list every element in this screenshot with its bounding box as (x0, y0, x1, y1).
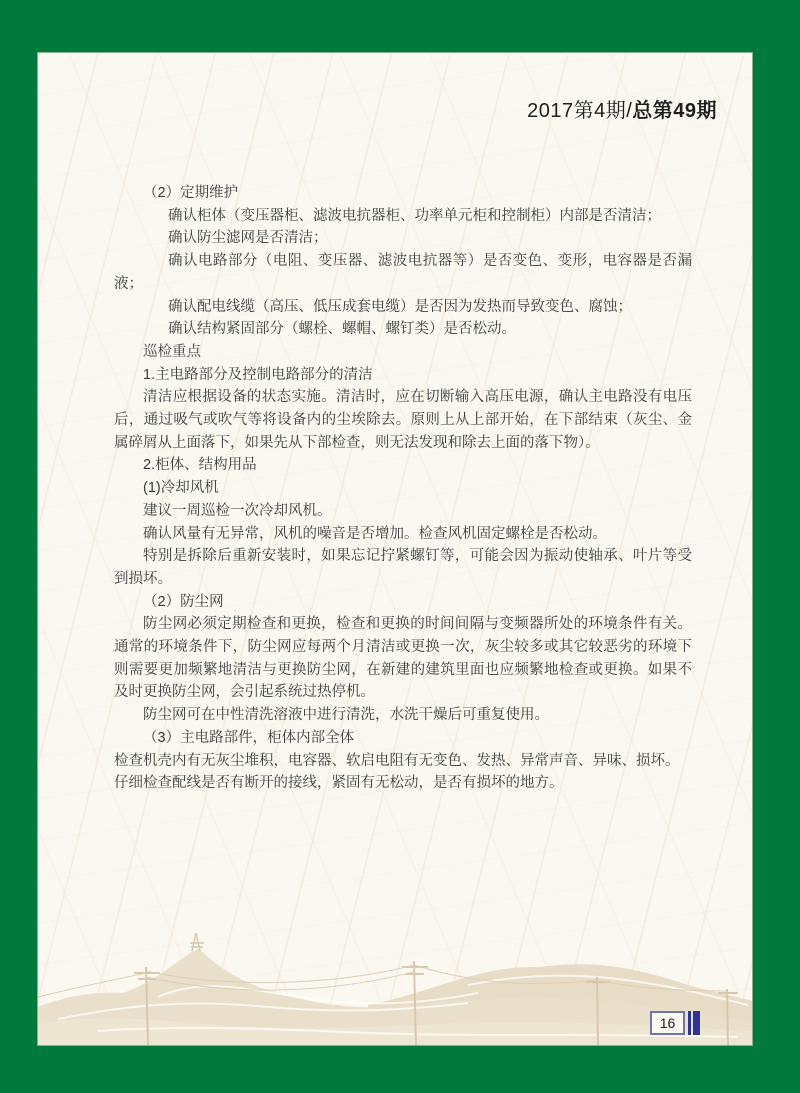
magazine-spread: { "header": { "issue_prefix": "2017第4期/"… (0, 0, 800, 1093)
paragraph: 特别是拆除后重新安装时，如果忘记拧紧螺钉等，可能会因为振动使轴承、叶片等受到损坏… (114, 545, 692, 590)
page-marker-bar-thick-icon (693, 1011, 700, 1035)
paragraph: 仔细检查配线是否有断开的接线，紧固有无松动，是否有损坏的地方。 (114, 772, 692, 795)
page-number-area: 16 (650, 1011, 700, 1035)
page-number-box: 16 (650, 1011, 685, 1035)
paragraph: 1.主电路部分及控制电路部分的清洁 (114, 364, 692, 387)
paragraph: 防尘网可在中性清洗溶液中进行清洗，水洗干燥后可重复使用。 (114, 704, 692, 727)
document-page: 2017第4期/总第49期 （2）定期维护确认柜体（变压器柜、滤波电抗器柜、功率… (37, 52, 753, 1046)
paragraph: 确认风量有无异常，风机的噪音是否增加。检查风机固定螺栓是否松动。 (114, 523, 692, 546)
issue-total-text: 总第49期 (632, 100, 717, 122)
paragraph: 确认结构紧固部分（螺栓、螺帽、螺钉类）是否松动。 (114, 318, 692, 341)
paragraph: 确认防尘滤网是否清洁； (114, 227, 692, 250)
paragraph: 巡检重点 (114, 341, 692, 364)
paragraph: 清洁应根据设备的状态实施。清洁时，应在切断输入高压电源，确认主电路没有电压后，通… (114, 386, 692, 454)
paragraph: 确认电路部分（电阻、变压器、滤波电抗器等）是否变色、变形，电容器是否漏液； (114, 250, 692, 295)
paragraph: （2）定期维护 (114, 182, 692, 205)
paragraph: 2.柜体、结构用品 (114, 454, 692, 477)
paragraph: 检查机壳内有无灰尘堆积，电容器、软启电阻有无变色、发热、异常声音、异味、损坏。 (114, 750, 692, 773)
page-number: 16 (660, 1015, 676, 1031)
paragraph: 确认配电线缆（高压、低压成套电缆）是否因为发热而导致变色、腐蚀； (114, 296, 692, 319)
power-line-landscape-icon (38, 927, 752, 1045)
paragraph: （2）防尘网 (114, 591, 692, 614)
page-marker-bar-thin-icon (688, 1011, 691, 1035)
paragraph: 建议一周巡检一次冷却风机。 (114, 500, 692, 523)
paragraph: 防尘网必须定期检查和更换，检查和更换的时间间隔与变频器所处的环境条件有关。通常的… (114, 613, 692, 704)
paragraph: (1)冷却风机 (114, 477, 692, 500)
issue-header: 2017第4期/总第49期 (527, 94, 717, 123)
issue-number-text: 2017第4期/ (527, 100, 632, 122)
paragraph: 确认柜体（变压器柜、滤波电抗器柜、功率单元柜和控制柜）内部是否清洁； (114, 205, 692, 228)
paragraph: （3）主电路部件，柜体内部全体 (114, 727, 692, 750)
article-body: （2）定期维护确认柜体（变压器柜、滤波电抗器柜、功率单元柜和控制柜）内部是否清洁… (114, 182, 692, 795)
